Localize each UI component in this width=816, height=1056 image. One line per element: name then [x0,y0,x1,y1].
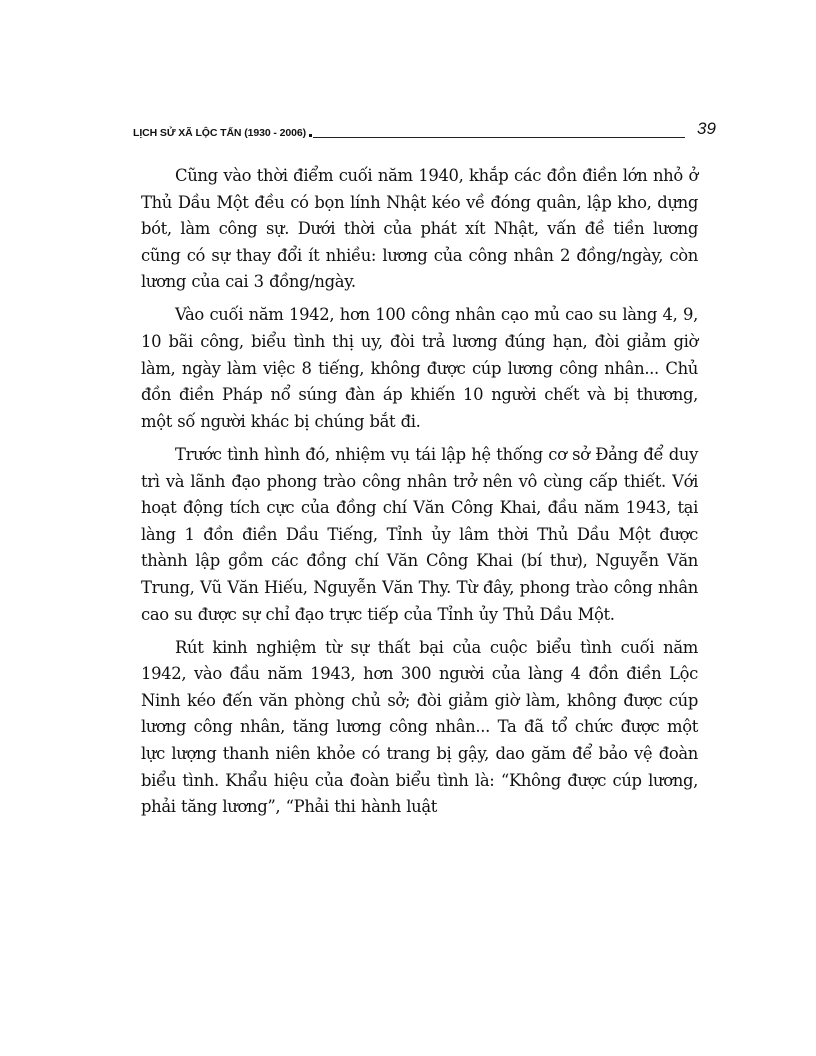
page-number: 39 [697,119,716,139]
running-title: LỊCH SỬ XÃ LỘC TẤN (1930 - 2006) [133,127,306,139]
paragraph: Trước tình hình đó, nhiệm vụ tái lập hệ … [141,442,698,628]
paragraph: Rút kinh nghiệm từ sự thất bại của cuộc … [141,635,698,821]
body-text: Cũng vào thời điểm cuối năm 1940, khắp c… [141,163,698,827]
paragraph: Cũng vào thời điểm cuối năm 1940, khắp c… [141,163,698,296]
running-header: LỊCH SỬ XÃ LỘC TẤN (1930 - 2006) [133,119,685,139]
header-rule [313,137,685,138]
paragraph: Vào cuối năm 1942, hơn 100 công nhân cạo… [141,302,698,435]
header-bullet [309,134,312,137]
